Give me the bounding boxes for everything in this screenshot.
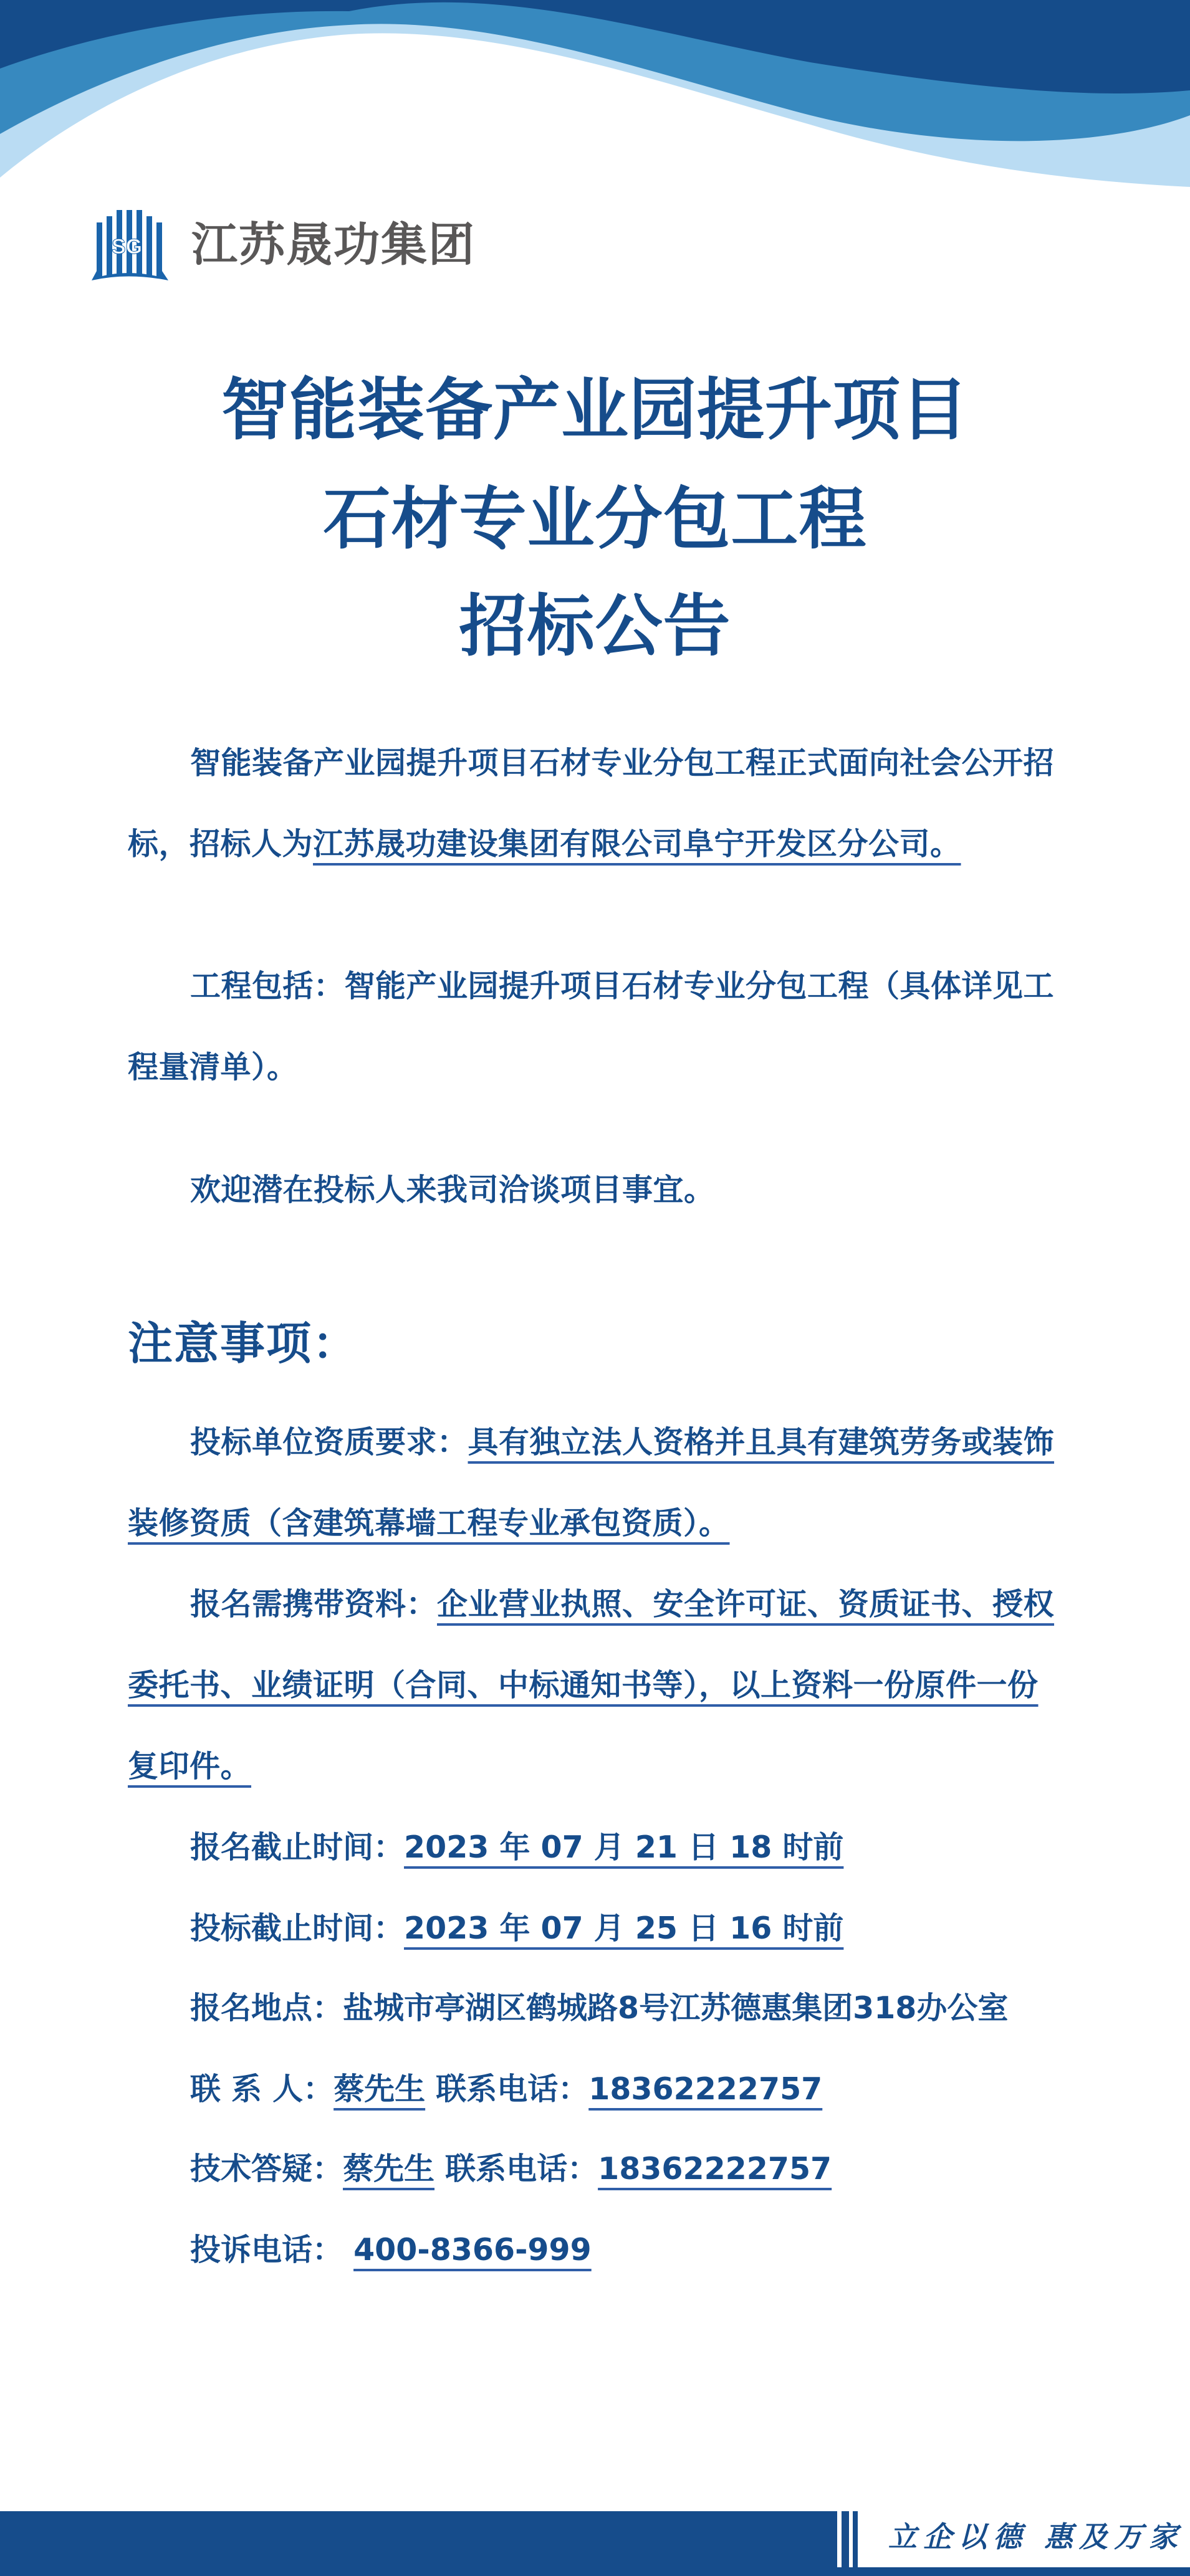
registration-location-row: 报名地点：盐城市亭湖区鹤城路8号江苏德惠集团318办公室: [190, 1993, 1008, 2023]
registration-deadline-label: 报名截止时间：: [190, 1829, 404, 1865]
footer-slogan: 立企以德 惠及万家: [888, 2522, 1184, 2551]
footer-stripes-icon: [810, 2511, 885, 2576]
bid-deadline-row: 投标截止时间：2023 年 07 月 25 日 16 时前: [190, 1913, 843, 1944]
title-line-3: 招标公告: [0, 593, 1190, 661]
intro-paragraph: 智能装备产业园提升项目石材专业分包工程正式面向社会公开招标，招标人为江苏晟功建设…: [128, 723, 1063, 885]
sg-building-logo-icon: SG: [90, 209, 178, 280]
welcome-text: 欢迎潜在投标人来我司洽谈项目事宜。: [128, 1172, 715, 1208]
complaint-row: 投诉电话： 400-8366-999: [190, 2235, 592, 2265]
technical-row: 技术答疑：蔡先生 联系电话：18362222757: [190, 2154, 832, 2184]
contact-name: 蔡先生: [333, 2071, 425, 2107]
documents-paragraph: 报名需携带资料：企业营业执照、安全许可证、资质证书、授权委托书、业绩证明（合同、…: [128, 1564, 1063, 1807]
qualification-paragraph: 投标单位资质要求：具有独立法人资格并且具有建筑劳务或装饰装修资质（含建筑幕墙工程…: [128, 1402, 1063, 1564]
scope-label: 工程包括：: [128, 968, 345, 1004]
registration-location-value: 盐城市亭湖区鹤城路8号江苏德惠集团318办公室: [343, 1990, 1008, 2026]
technical-label: 技术答疑：: [190, 2151, 343, 2187]
contact-row: 联 系 人：蔡先生 联系电话：18362222757: [190, 2074, 822, 2104]
scope-paragraph: 工程包括：智能产业园提升项目石材专业分包工程（具体详见工程量清单）。: [128, 946, 1063, 1108]
footer-underline-bar: [810, 2567, 1190, 2576]
bid-deadline-value: 2023 年 07 月 25 日 16 时前: [404, 1911, 843, 1946]
footer-banner: 立企以德 惠及万家: [0, 2511, 1190, 2576]
contact-phone[interactable]: 18362222757: [588, 2071, 822, 2107]
company-name: 江苏晟功集团: [191, 222, 476, 268]
qualification-label: 投标单位资质要求：: [128, 1424, 468, 1460]
title-line-2: 石材专业分包工程: [0, 486, 1190, 553]
technical-phone-label: 联系电话：: [445, 2151, 598, 2187]
registration-deadline-value: 2023 年 07 月 21 日 18 时前: [404, 1829, 843, 1865]
svg-text:SG: SG: [112, 235, 142, 259]
contact-label: 联 系 人：: [190, 2071, 333, 2107]
technical-phone[interactable]: 18362222757: [598, 2151, 832, 2187]
footer-bar: [0, 2511, 826, 2576]
header-wave-decoration: [0, 0, 1190, 187]
notice-heading: 注意事项：: [128, 1321, 358, 1366]
complaint-label: 投诉电话：: [190, 2232, 343, 2268]
title-line-1: 智能装备产业园提升项目: [0, 377, 1190, 444]
registration-location-label: 报名地点：: [190, 1990, 343, 2026]
documents-label: 报名需携带资料：: [128, 1586, 437, 1622]
contact-phone-label: 联系电话：: [436, 2071, 588, 2107]
technical-name: 蔡先生: [343, 2151, 434, 2187]
registration-deadline-row: 报名截止时间：2023 年 07 月 21 日 18 时前: [190, 1832, 843, 1863]
bid-deadline-label: 投标截止时间：: [190, 1911, 404, 1946]
tenderer-name: 江苏晟功建设集团有限公司阜宁开发区分公司。: [313, 826, 961, 862]
company-logo: SG 江苏晟功集团: [90, 209, 476, 280]
complaint-phone[interactable]: 400-8366-999: [353, 2232, 592, 2268]
welcome-paragraph: 欢迎潜在投标人来我司洽谈项目事宜。: [128, 1150, 1063, 1231]
